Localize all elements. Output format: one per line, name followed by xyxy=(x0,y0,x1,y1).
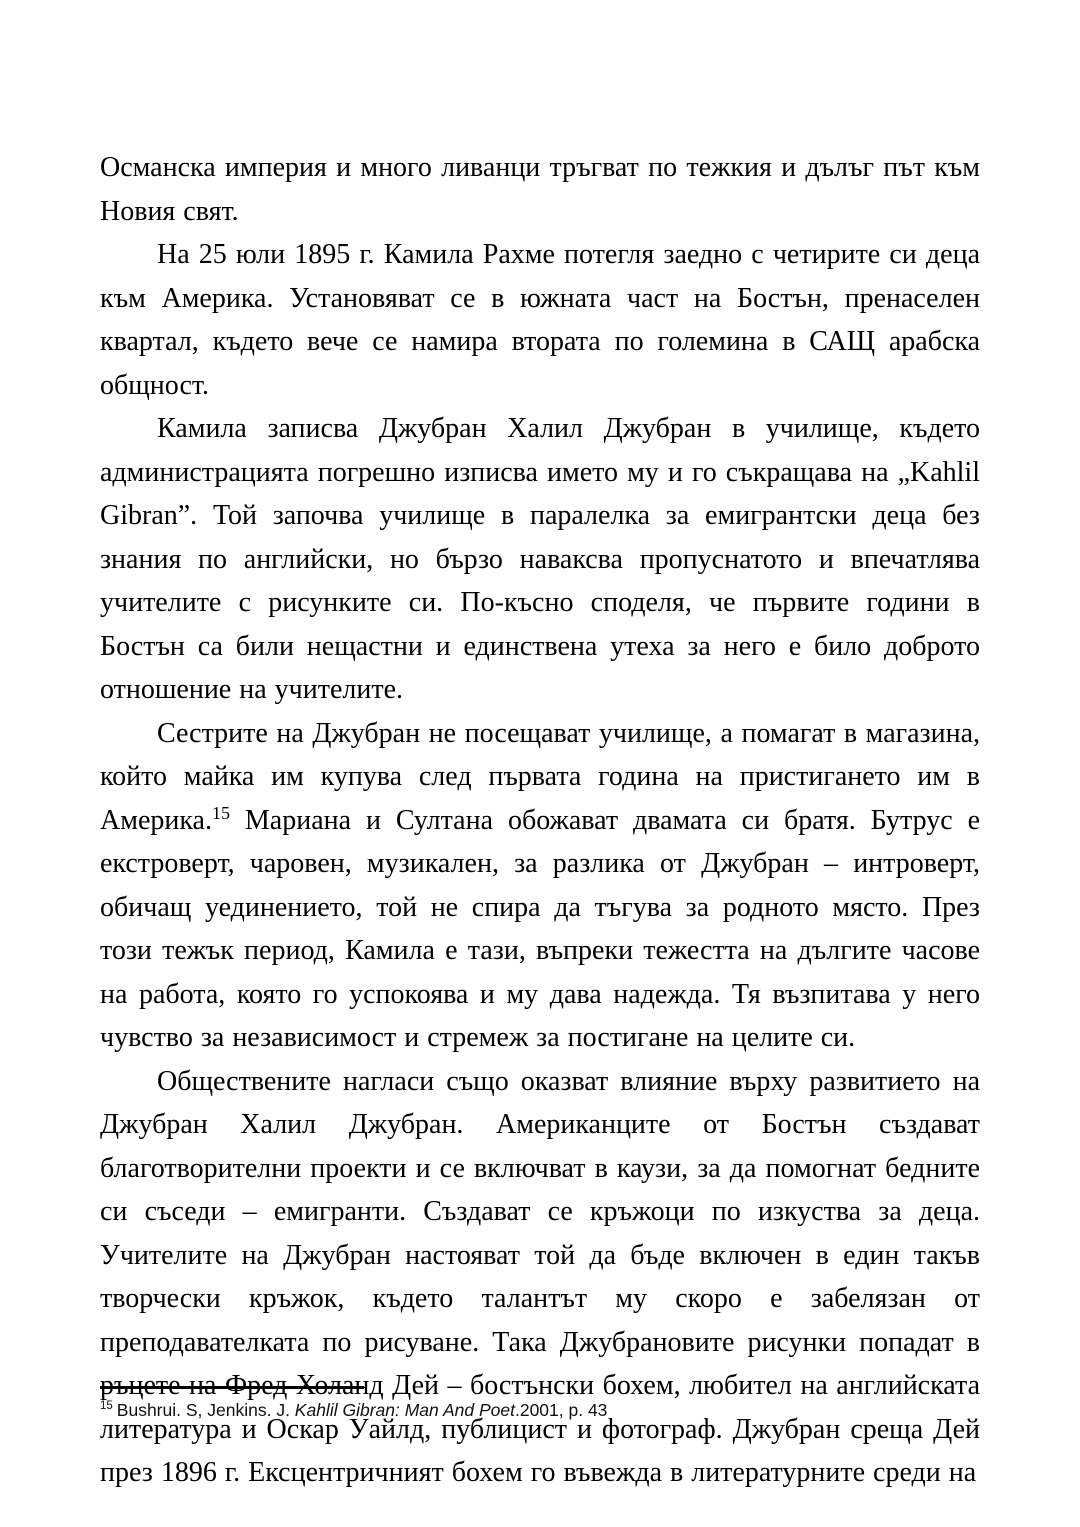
footnote-reference: 15 xyxy=(212,803,230,823)
paragraph-4: Сестрите на Джубран не посещават училище… xyxy=(100,712,980,1060)
page-body-text: Османска империя и много ливанци тръгват… xyxy=(100,146,980,1495)
paragraph-1: Османска империя и много ливанци тръгват… xyxy=(100,146,980,233)
footnote-citation-title: Kahlil Gibran: Man And Poet xyxy=(295,1400,515,1420)
paragraph-5: Обществените нагласи също оказват влияни… xyxy=(100,1060,980,1495)
document-page: Османска империя и много ливанци тръгват… xyxy=(0,0,1080,1527)
footnote: 15Bushrui. S, Jenkins. J. Kahlil Gibran:… xyxy=(100,1398,980,1425)
footnote-citation-authors: Bushrui. S, Jenkins. J. xyxy=(117,1400,295,1420)
paragraph-2: На 25 юли 1895 г. Камила Рахме потегля з… xyxy=(100,233,980,407)
footnote-number: 15 xyxy=(100,1400,113,1412)
footnote-citation-year-page: .2001, p. 43 xyxy=(515,1400,607,1420)
footnote-separator-line xyxy=(100,1386,364,1389)
footnote-area: 15Bushrui. S, Jenkins. J. Kahlil Gibran:… xyxy=(100,1386,980,1425)
paragraph-3: Камила записва Джубран Халил Джубран в у… xyxy=(100,407,980,712)
paragraph-4-text-after-footnote: Мариана и Султана обожават двамата си бр… xyxy=(100,805,980,1054)
